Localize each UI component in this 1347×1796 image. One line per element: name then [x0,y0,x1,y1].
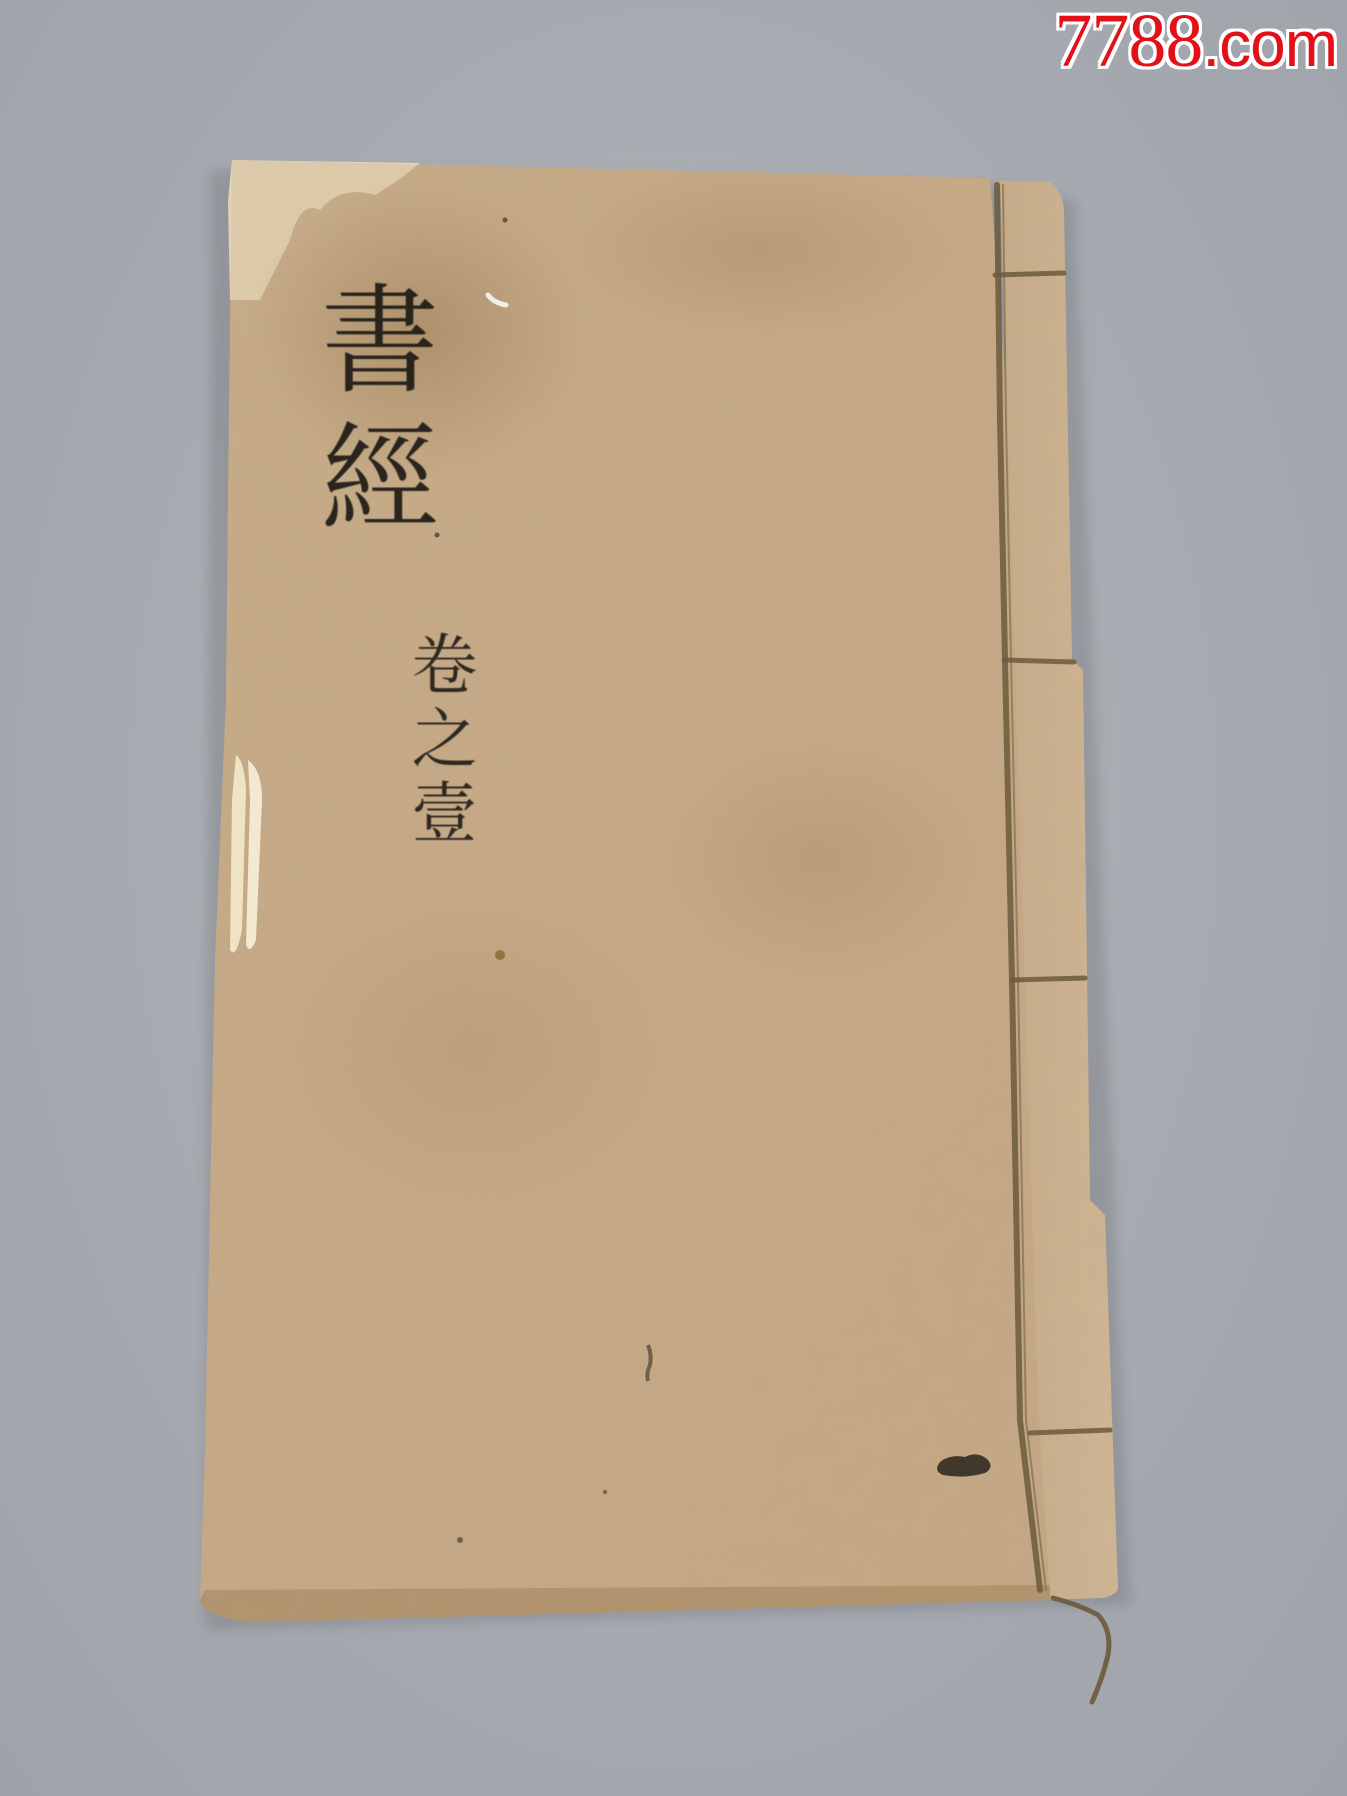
watermark-suffix: .com [1202,8,1337,80]
site-watermark: 7788.com [1054,6,1337,79]
book-volume-label: 卷之壹 [388,630,478,852]
book-photo [0,0,1347,1796]
watermark-number: 7788 [1054,0,1202,83]
book-title: 書經 [315,278,455,554]
